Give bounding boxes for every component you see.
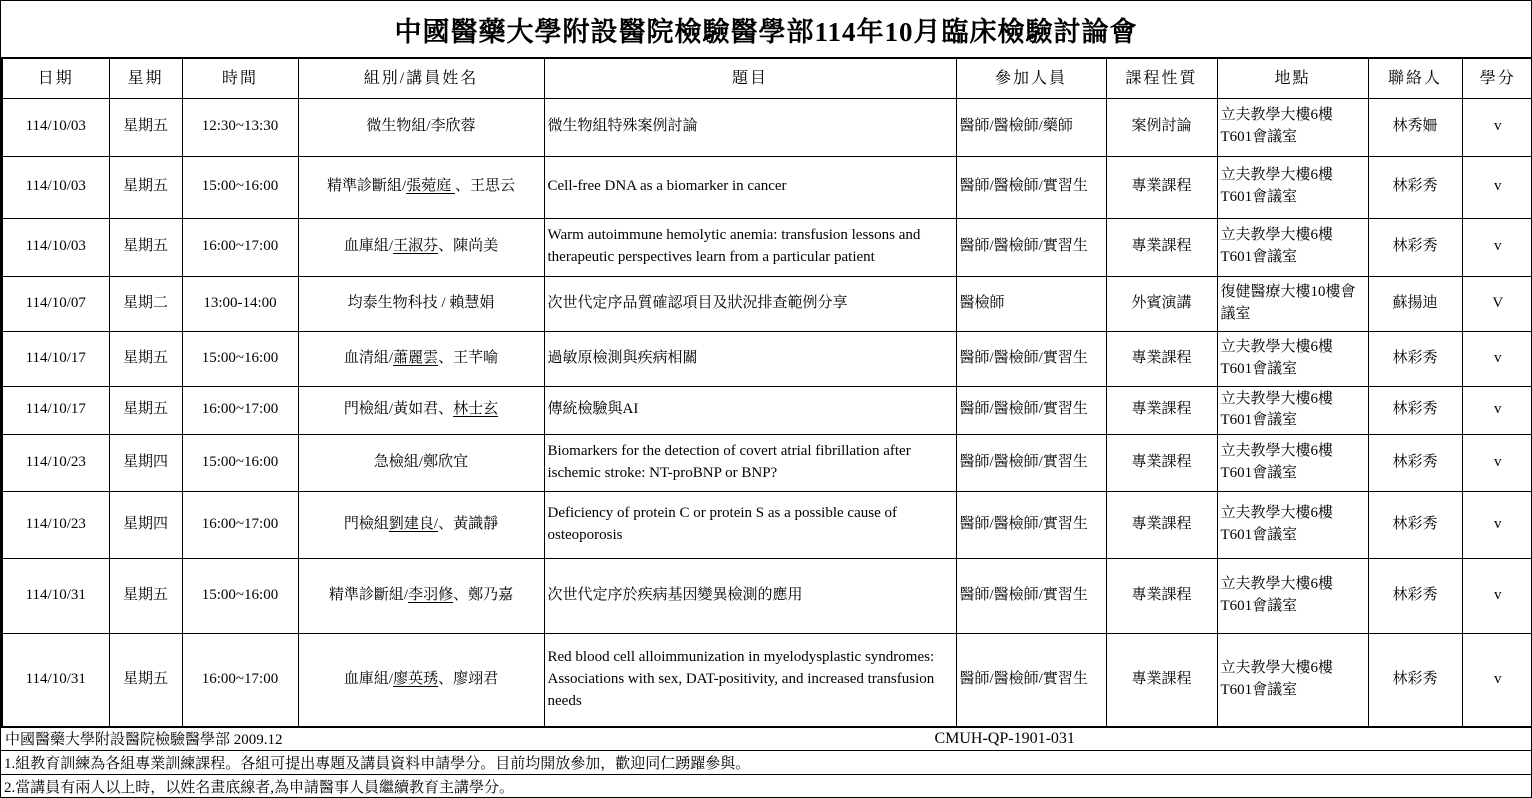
cell-contact: 林彩秀 — [1368, 386, 1462, 435]
table-row: 114/10/03星期五15:00~16:00精準診斷組/張菀庭 、王思云Cel… — [2, 156, 1532, 218]
cell-contact: 林秀姍 — [1368, 98, 1462, 156]
col-header-participants: 參加人員 — [956, 58, 1106, 98]
col-header-date: 日期 — [2, 58, 109, 98]
cell-group-speaker: 精準診斷組/張菀庭 、王思云 — [298, 156, 544, 218]
cell-contact: 林彩秀 — [1368, 559, 1462, 634]
col-header-topic: 題目 — [544, 58, 956, 98]
speaker-text: 急檢組/鄭欣宜 — [374, 454, 468, 470]
speaker-text: 血清組/ — [344, 350, 393, 366]
cell-location: 立夫教學大樓6樓T601會議室 — [1217, 218, 1368, 276]
cell-course-type: 專業課程 — [1106, 331, 1217, 386]
cell-weekday: 星期四 — [109, 492, 182, 559]
cell-date: 114/10/31 — [2, 634, 109, 727]
cell-course-type: 專業課程 — [1106, 386, 1217, 435]
cell-group-speaker: 血庫組/廖英琇、廖翊君 — [298, 634, 544, 727]
cell-weekday: 星期四 — [109, 435, 182, 492]
schedule-body: 114/10/03星期五12:30~13:30微生物組/李欣蓉微生物組特殊案例討… — [2, 98, 1532, 727]
cell-weekday: 星期五 — [109, 218, 182, 276]
cell-participants: 醫師/醫檢師/實習生 — [956, 331, 1106, 386]
table-row: 114/10/03星期五16:00~17:00血庫組/王淑芬、陳尚美Warm a… — [2, 218, 1532, 276]
cell-course-type: 專業課程 — [1106, 492, 1217, 559]
speaker-name-underlined: 劉建良/ — [389, 516, 438, 532]
cell-time: 13:00-14:00 — [182, 276, 298, 331]
cell-credit: v — [1462, 492, 1532, 559]
cell-time: 15:00~16:00 — [182, 435, 298, 492]
schedule-document: 中國醫藥大學附設醫院檢驗醫學部114年10月臨床檢驗討論會 日期 星期 時間 組… — [0, 0, 1532, 798]
cell-course-type: 專業課程 — [1106, 634, 1217, 727]
cell-contact: 林彩秀 — [1368, 492, 1462, 559]
cell-participants: 醫師/醫檢師/藥師 — [956, 98, 1106, 156]
speaker-name-underlined: 林士玄 — [453, 401, 498, 417]
cell-location: 立夫教學大樓6樓T601會議室 — [1217, 386, 1368, 435]
cell-weekday: 星期五 — [109, 331, 182, 386]
speaker-text: 血庫組/ — [344, 671, 393, 687]
cell-course-type: 案例討論 — [1106, 98, 1217, 156]
speaker-name-underlined: 王淑芬 — [393, 238, 438, 254]
cell-group-speaker: 均泰生物科技 / 賴慧娟 — [298, 276, 544, 331]
table-row: 114/10/03星期五12:30~13:30微生物組/李欣蓉微生物組特殊案例討… — [2, 98, 1532, 156]
cell-credit: v — [1462, 634, 1532, 727]
speaker-name-underlined: 廖英琇 — [393, 671, 438, 687]
cell-contact: 蘇揚迪 — [1368, 276, 1462, 331]
cell-date: 114/10/23 — [2, 492, 109, 559]
cell-contact: 林彩秀 — [1368, 156, 1462, 218]
speaker-text: 精準診斷組/ — [329, 587, 408, 603]
cell-group-speaker: 急檢組/鄭欣宜 — [298, 435, 544, 492]
speaker-text: 、王思云 — [455, 178, 515, 194]
cell-date: 114/10/03 — [2, 218, 109, 276]
cell-weekday: 星期五 — [109, 634, 182, 727]
cell-course-type: 專業課程 — [1106, 218, 1217, 276]
cell-credit: v — [1462, 156, 1532, 218]
cell-location: 立夫教學大樓6樓T601會議室 — [1217, 156, 1368, 218]
cell-location: 立夫教學大樓6樓T601會議室 — [1217, 634, 1368, 727]
cell-topic: Deficiency of protein C or protein S as … — [544, 492, 956, 559]
document-code: CMUH-QP-1901-031 — [934, 730, 1074, 748]
cell-date: 114/10/23 — [2, 435, 109, 492]
speaker-name-underlined: 李羽修 — [408, 587, 453, 603]
department-stamp: 中國醫藥大學附設醫院檢驗醫學部 2009.12 — [5, 728, 283, 749]
cell-course-type: 專業課程 — [1106, 435, 1217, 492]
cell-date: 114/10/31 — [2, 559, 109, 634]
table-row: 114/10/23星期四15:00~16:00急檢組/鄭欣宜Biomarkers… — [2, 435, 1532, 492]
cell-weekday: 星期五 — [109, 559, 182, 634]
cell-credit: v — [1462, 98, 1532, 156]
cell-topic: Biomarkers for the detection of covert a… — [544, 435, 956, 492]
speaker-text: 微生物組/李欣蓉 — [366, 118, 475, 134]
cell-participants: 醫師/醫檢師/實習生 — [956, 386, 1106, 435]
cell-topic: Cell-free DNA as a biomarker in cancer — [544, 156, 956, 218]
cell-time: 15:00~16:00 — [182, 156, 298, 218]
cell-date: 114/10/03 — [2, 156, 109, 218]
table-row: 114/10/23星期四16:00~17:00門檢組劉建良/、黃識靜Defici… — [2, 492, 1532, 559]
cell-credit: v — [1462, 559, 1532, 634]
table-row: 114/10/17星期五15:00~16:00血清組/蕭麗雲、王芊喻過敏原檢測與… — [2, 331, 1532, 386]
cell-date: 114/10/17 — [2, 386, 109, 435]
speaker-text: 、鄭乃嘉 — [453, 587, 513, 603]
cell-time: 16:00~17:00 — [182, 634, 298, 727]
cell-location: 復健醫療大樓10樓會議室 — [1217, 276, 1368, 331]
cell-topic: Warm autoimmune hemolytic anemia: transf… — [544, 218, 956, 276]
cell-participants: 醫師/醫檢師/實習生 — [956, 492, 1106, 559]
cell-group-speaker: 微生物組/李欣蓉 — [298, 98, 544, 156]
cell-topic: 次世代定序品質確認項目及狀況排查範例分享 — [544, 276, 956, 331]
col-header-course-type: 課程性質 — [1106, 58, 1217, 98]
col-header-credit: 學分 — [1462, 58, 1532, 98]
col-header-weekday: 星期 — [109, 58, 182, 98]
cell-time: 15:00~16:00 — [182, 559, 298, 634]
cell-course-type: 外賓演講 — [1106, 276, 1217, 331]
cell-group-speaker: 血庫組/王淑芬、陳尚美 — [298, 218, 544, 276]
cell-credit: v — [1462, 386, 1532, 435]
speaker-name-underlined: 蕭麗雲 — [393, 350, 438, 366]
cell-location: 立夫教學大樓6樓T601會議室 — [1217, 98, 1368, 156]
cell-weekday: 星期五 — [109, 156, 182, 218]
cell-topic: 傳統檢驗與AI — [544, 386, 956, 435]
cell-participants: 醫師/醫檢師/實習生 — [956, 559, 1106, 634]
speaker-text: 、王芊喻 — [438, 350, 498, 366]
cell-topic: Red blood cell alloimmunization in myelo… — [544, 634, 956, 727]
schedule-table: 日期 星期 時間 組別/講員姓名 題目 參加人員 課程性質 地點 聯絡人 學分 … — [1, 57, 1532, 728]
cell-contact: 林彩秀 — [1368, 331, 1462, 386]
cell-group-speaker: 門檢組劉建良/、黃識靜 — [298, 492, 544, 559]
cell-topic: 微生物組特殊案例討論 — [544, 98, 956, 156]
cell-time: 16:00~17:00 — [182, 492, 298, 559]
cell-weekday: 星期五 — [109, 386, 182, 435]
speaker-text: 門檢組 — [344, 516, 389, 532]
speaker-text: 血庫組/ — [344, 238, 393, 254]
cell-course-type: 專業課程 — [1106, 559, 1217, 634]
speaker-text: 、黃識靜 — [438, 516, 498, 532]
cell-location: 立夫教學大樓6樓T601會議室 — [1217, 331, 1368, 386]
cell-location: 立夫教學大樓6樓T601會議室 — [1217, 435, 1368, 492]
header-row: 日期 星期 時間 組別/講員姓名 題目 參加人員 課程性質 地點 聯絡人 學分 — [2, 58, 1532, 98]
note-1: 1.組教育訓練為各組專業訓練課程。各組可提出專題及講員資料申請學分。目前均開放參… — [1, 751, 1531, 775]
note-2: 2.當講員有兩人以上時，以姓名畫底線者,為申請醫事人員繼續教育主講學分。 — [1, 775, 1531, 798]
cell-time: 12:30~13:30 — [182, 98, 298, 156]
col-header-time: 時間 — [182, 58, 298, 98]
speaker-text: 精準診斷組/ — [327, 178, 406, 194]
cell-contact: 林彩秀 — [1368, 634, 1462, 727]
cell-credit: v — [1462, 435, 1532, 492]
cell-topic: 過敏原檢測與疾病相關 — [544, 331, 956, 386]
table-row: 114/10/31星期五15:00~16:00精準診斷組/李羽修、鄭乃嘉次世代定… — [2, 559, 1532, 634]
cell-date: 114/10/17 — [2, 331, 109, 386]
cell-date: 114/10/07 — [2, 276, 109, 331]
cell-course-type: 專業課程 — [1106, 156, 1217, 218]
cell-participants: 醫師/醫檢師/實習生 — [956, 156, 1106, 218]
cell-date: 114/10/03 — [2, 98, 109, 156]
cell-credit: v — [1462, 331, 1532, 386]
col-header-contact: 聯絡人 — [1368, 58, 1462, 98]
col-header-group-speaker: 組別/講員姓名 — [298, 58, 544, 98]
speaker-name-underlined: 張菀庭 — [406, 178, 455, 194]
cell-credit: V — [1462, 276, 1532, 331]
footer-line: 中國醫藥大學附設醫院檢驗醫學部 2009.12 CMUH-QP-1901-031 — [1, 728, 1531, 751]
cell-group-speaker: 精準診斷組/李羽修、鄭乃嘉 — [298, 559, 544, 634]
cell-time: 16:00~17:00 — [182, 386, 298, 435]
cell-contact: 林彩秀 — [1368, 218, 1462, 276]
cell-group-speaker: 門檢組/黃如君、林士玄 — [298, 386, 544, 435]
col-header-location: 地點 — [1217, 58, 1368, 98]
table-row: 114/10/07星期二13:00-14:00均泰生物科技 / 賴慧娟次世代定序… — [2, 276, 1532, 331]
cell-time: 16:00~17:00 — [182, 218, 298, 276]
speaker-text: 、陳尚美 — [438, 238, 498, 254]
speaker-text: 、廖翊君 — [438, 671, 498, 687]
cell-contact: 林彩秀 — [1368, 435, 1462, 492]
table-row: 114/10/31星期五16:00~17:00血庫組/廖英琇、廖翊君Red bl… — [2, 634, 1532, 727]
cell-time: 15:00~16:00 — [182, 331, 298, 386]
cell-weekday: 星期二 — [109, 276, 182, 331]
cell-participants: 醫檢師 — [956, 276, 1106, 331]
cell-participants: 醫師/醫檢師/實習生 — [956, 218, 1106, 276]
cell-location: 立夫教學大樓6樓T601會議室 — [1217, 559, 1368, 634]
cell-topic: 次世代定序於疾病基因變異檢測的應用 — [544, 559, 956, 634]
speaker-text: 均泰生物科技 / 賴慧娟 — [348, 295, 495, 311]
speaker-text: 門檢組/黃如君、 — [344, 401, 453, 417]
cell-credit: v — [1462, 218, 1532, 276]
cell-participants: 醫師/醫檢師/實習生 — [956, 634, 1106, 727]
cell-participants: 醫師/醫檢師/實習生 — [956, 435, 1106, 492]
cell-location: 立夫教學大樓6樓T601會議室 — [1217, 492, 1368, 559]
table-row: 114/10/17星期五16:00~17:00門檢組/黃如君、林士玄傳統檢驗與A… — [2, 386, 1532, 435]
cell-weekday: 星期五 — [109, 98, 182, 156]
page-title: 中國醫藥大學附設醫院檢驗醫學部114年10月臨床檢驗討論會 — [1, 1, 1531, 57]
cell-group-speaker: 血清組/蕭麗雲、王芊喻 — [298, 331, 544, 386]
